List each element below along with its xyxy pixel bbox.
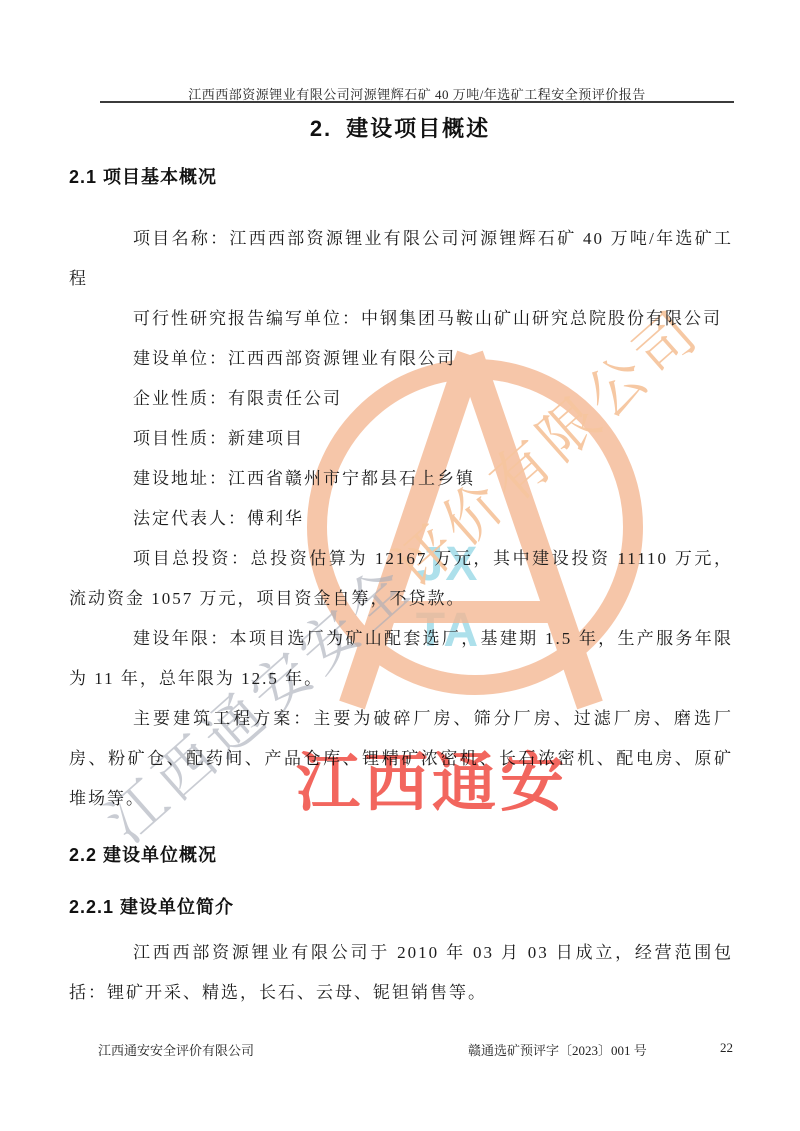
paragraph-duration: 建设年限：本项目选厂为矿山配套选厂，基建期 1.5 年，生产服务年限为 11 年… bbox=[69, 619, 733, 699]
paragraph-address: 建设地址：江西省赣州市宁都县石上乡镇 bbox=[69, 459, 733, 499]
document-body: 2.1 项目基本概况 项目名称：江西西部资源锂业有限公司河源锂辉石矿 40 万吨… bbox=[69, 163, 733, 1013]
chapter-title: 2.建设项目概述 bbox=[0, 112, 800, 143]
paragraph-investment: 项目总投资：总投资估算为 12167 万元，其中建设投资 11110 万元，流动… bbox=[69, 539, 733, 619]
paragraph-project-nature: 项目性质：新建项目 bbox=[69, 419, 733, 459]
header-rule bbox=[100, 101, 734, 103]
footer-doc-number: 赣通选矿预评字〔2023〕001 号 bbox=[468, 1040, 647, 1059]
paragraph-enterprise-nature: 企业性质：有限责任公司 bbox=[69, 379, 733, 419]
paragraph-construction-unit: 建设单位：江西西部资源锂业有限公司 bbox=[69, 339, 733, 379]
red-stamp-watermark: 江西通安 bbox=[296, 732, 568, 824]
footer-company: 江西通安安全评价有限公司 bbox=[98, 1040, 254, 1059]
chapter-number: 2. bbox=[310, 116, 332, 141]
section-heading-2-2: 2.2 建设单位概况 bbox=[69, 841, 733, 867]
section-heading-2-2-1: 2.2.1 建设单位简介 bbox=[69, 893, 733, 919]
paragraph-project-name: 项目名称：江西西部资源锂业有限公司河源锂辉石矿 40 万吨/年选矿工程 bbox=[69, 219, 733, 299]
footer-page-number: 22 bbox=[720, 1040, 733, 1056]
paragraph-legal-rep: 法定代表人：傅利华 bbox=[69, 499, 733, 539]
section-heading-2-1: 2.1 项目基本概况 bbox=[69, 163, 733, 189]
paragraph-company-intro: 江西西部资源锂业有限公司于 2010 年 03 月 03 日成立，经营范围包括：… bbox=[69, 933, 733, 1013]
paragraph-feasibility-unit: 可行性研究报告编写单位：中钢集团马鞍山矿山研究总院股份有限公司 bbox=[69, 299, 733, 339]
report-page: JX TA 江西通安安全评价有限公司 江西通安 江西西部资源锂业有限公司河源锂辉… bbox=[0, 0, 800, 1131]
chapter-title-text: 建设项目概述 bbox=[346, 116, 490, 141]
